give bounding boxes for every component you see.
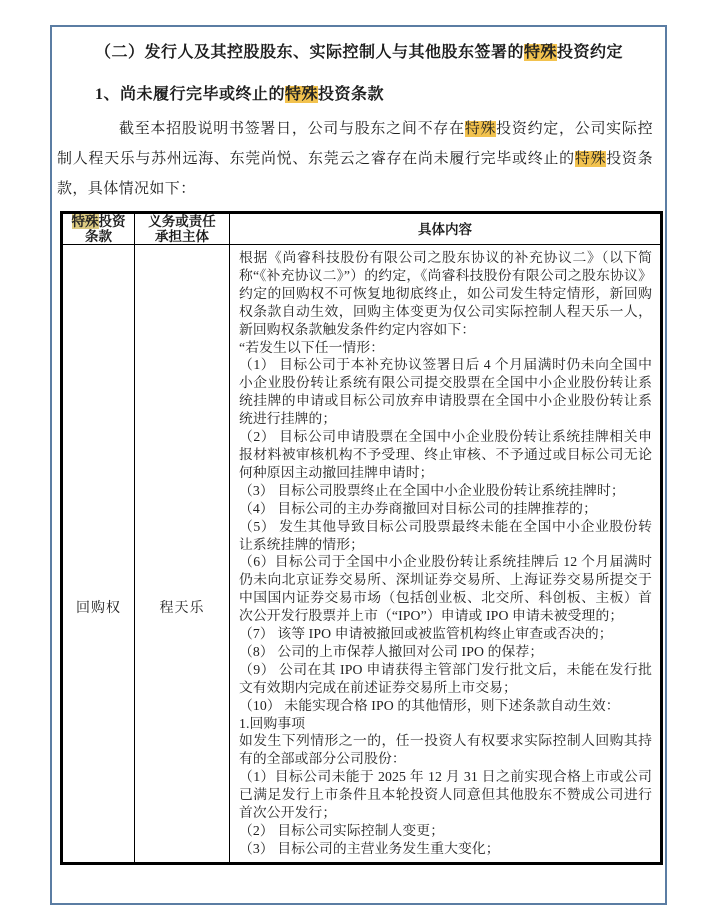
highlight-mark: 特殊 [72,214,99,229]
highlight-mark: 特殊 [575,151,606,167]
highlight-mark: 特殊 [524,44,557,61]
clause-name-cell: 回购权 [62,245,135,817]
highlight-mark: 特殊 [285,86,318,103]
intro-text: 截至本招股说明书签署日，公司与股东之间不存在 [119,121,465,137]
investment-clause-table: 特殊投资 条款 义务或责任 承担主体 具体内容 回购权 程天乐 根据《尚睿科技股… [60,211,663,816]
section-heading-suffix: 投资约定 [557,44,623,61]
clause-detail-cell: 根据《尚睿科技股份有限公司之股东协议的补充协议二》（以下简称“《补充协议二》”）… [230,245,662,817]
intro-paragraph: 截至本招股说明书签署日，公司与股东之间不存在特殊投资约定，公司实际控制人程天乐与… [57,114,653,204]
header-clause-text: 投资 [99,214,126,229]
sub-heading: 1、尚未履行完毕或终止的特殊投资条款 [95,84,653,105]
obligor-name-cell: 程天乐 [135,245,230,817]
document-page-frame: （二）发行人及其控股股东、实际控制人与其他股东签署的特殊投资约定 1、尚未履行完… [50,25,667,816]
header-clause-text-line2: 条款 [63,229,134,244]
header-obligor-column: 义务或责任 承担主体 [135,213,230,245]
header-obligor-text-line2: 承担主体 [135,229,229,244]
header-detail-column: 具体内容 [230,213,662,245]
header-obligor-text: 义务或责任 [135,214,229,229]
table-row: 回购权 程天乐 根据《尚睿科技股份有限公司之股东协议的补充协议二》（以下简称“《… [62,245,662,817]
sub-heading-prefix: 1、尚未履行完毕或终止的 [95,86,285,103]
section-heading: （二）发行人及其控股股东、实际控制人与其他股东签署的特殊投资约定 [95,42,653,63]
clause-detail-text: 根据《尚睿科技股份有限公司之股东协议的补充协议二》（以下简称“《补充协议二》”）… [239,249,652,816]
table-header-row: 特殊投资 条款 义务或责任 承担主体 具体内容 [62,213,662,245]
highlight-mark: 特殊 [465,121,496,137]
sub-heading-suffix: 投资条款 [318,86,384,103]
section-heading-prefix: （二）发行人及其控股股东、实际控制人与其他股东签署的 [95,44,524,61]
header-clause-column: 特殊投资 条款 [62,213,135,245]
